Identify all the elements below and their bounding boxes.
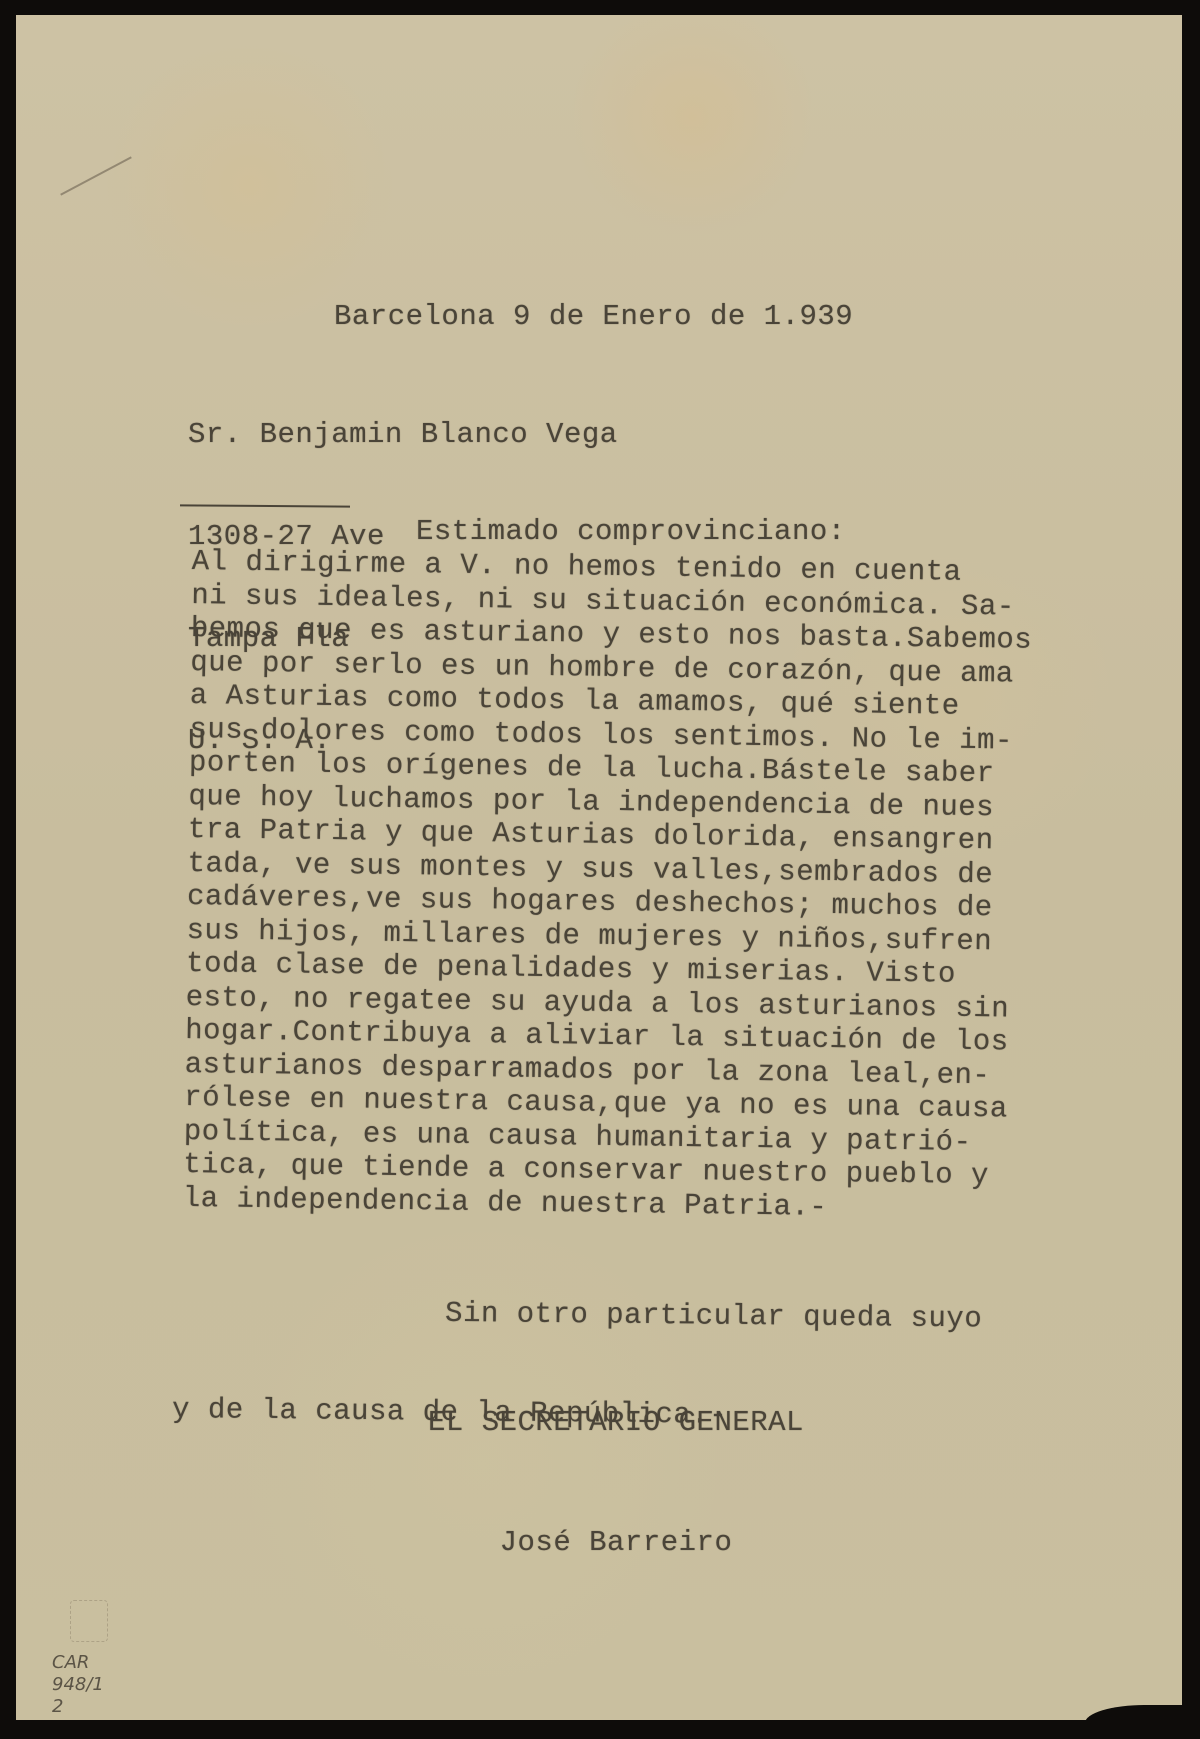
letter-body: Al dirigirme a V. no hemos tenido en cue… — [183, 545, 1034, 1227]
pencil-mark — [60, 156, 132, 195]
signature-block: EL SECRETARIO GENERAL José Barreiro — [428, 1323, 804, 1643]
recipient-name: Sr. Benjamin Blanco Vega — [188, 418, 618, 452]
signature-name: José Barreiro — [428, 1523, 804, 1563]
archive-page: 2 — [52, 1696, 104, 1718]
archive-annotation: CAR 948/1 2 — [52, 1652, 104, 1718]
salutation: Estimado comprovinciano: — [416, 515, 846, 548]
letter-paper: Barcelona 9 de Enero de 1.939 Sr. Benjam… — [16, 15, 1182, 1720]
date-line: Barcelona 9 de Enero de 1.939 — [334, 300, 853, 333]
archive-number: 948/1 — [52, 1674, 104, 1696]
signature-title: EL SECRETARIO GENERAL — [428, 1403, 804, 1443]
faded-stamp — [70, 1600, 108, 1642]
archive-collection: CAR — [52, 1652, 104, 1674]
